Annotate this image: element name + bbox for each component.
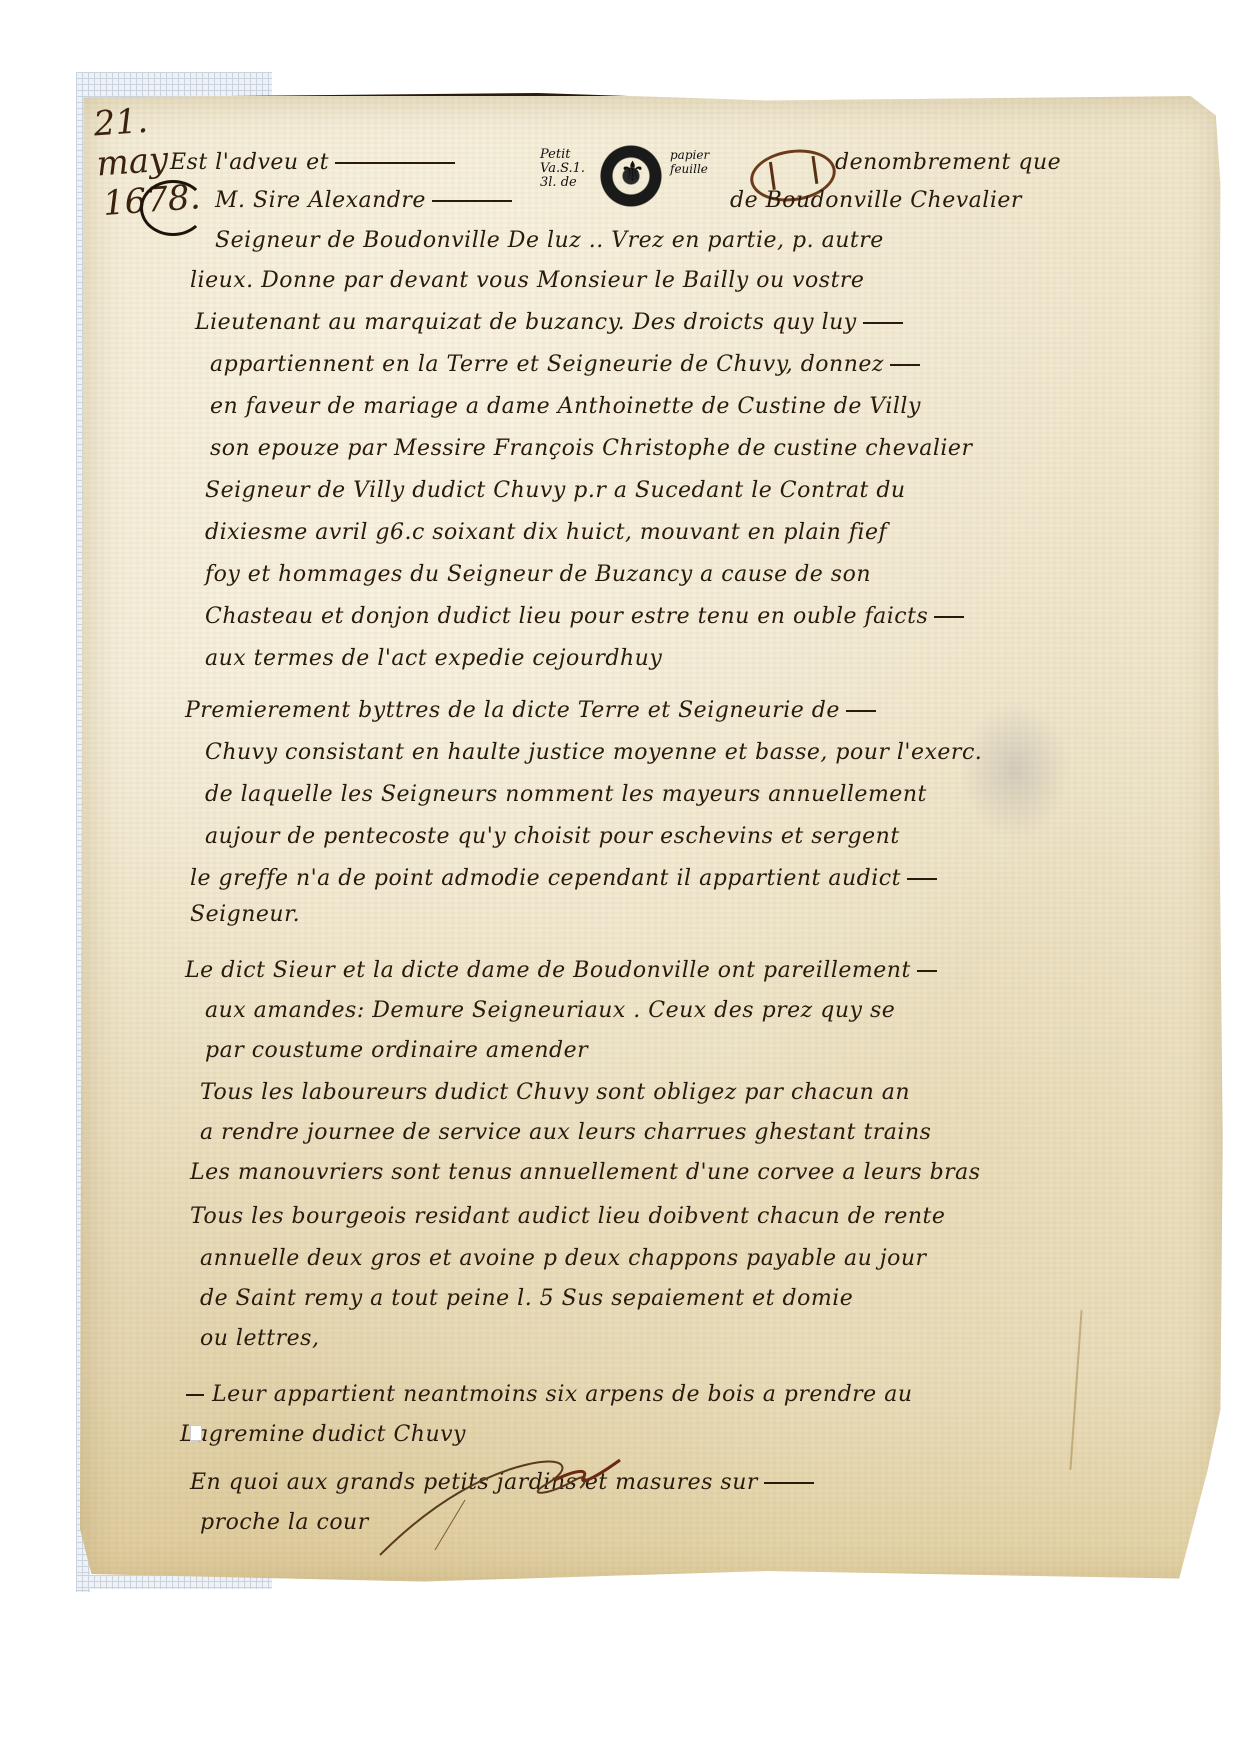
- line-text: denombrement que: [835, 150, 1061, 175]
- line-text: Seigneur.: [190, 902, 300, 927]
- line-filler: [890, 364, 920, 366]
- manuscript-line: aujour de pentecoste qu'y choisit pour e…: [205, 824, 900, 849]
- manuscript-line: Chasteau et donjon dudict lieu pour estr…: [205, 604, 964, 629]
- line-text: Lieutenant au marquizat de buzancy. Des …: [195, 310, 857, 335]
- stamp-left-line: 3l. de: [540, 176, 600, 190]
- manuscript-line-continuation: denombrement que: [835, 150, 1061, 175]
- line-text: a rendre journee de service aux leurs ch…: [200, 1120, 931, 1145]
- line-text: proche la cour: [200, 1510, 369, 1535]
- line-text: annuelle deux gros et avoine p deux chap…: [200, 1246, 927, 1271]
- manuscript-line: de laquelle les Seigneurs nomment les ma…: [205, 782, 927, 807]
- line-filler: [934, 616, 964, 618]
- manuscript-line: Le dict Sieur et la dicte dame de Boudon…: [185, 958, 937, 983]
- line-text: Seigneur de Boudonville De luz .. Vrez e…: [215, 228, 884, 253]
- manuscript-line: en faveur de mariage a dame Anthoinette …: [210, 394, 921, 419]
- signature-flourish-icon: [375, 1440, 635, 1560]
- line-text: Chasteau et donjon dudict lieu pour estr…: [205, 604, 928, 629]
- stamp-left-text: Petit Va.S.1. 3l. de: [540, 148, 600, 190]
- line-text: aux termes de l'act expedie cejourdhuy: [205, 646, 662, 671]
- stamp-right-line: papier: [670, 148, 720, 162]
- manuscript-line: son epouze par Messire François Christop…: [210, 436, 972, 461]
- manuscript-line: aux amandes: Demure Seigneuriaux . Ceux …: [205, 998, 895, 1023]
- line-text: aux amandes: Demure Seigneuriaux . Ceux …: [205, 998, 895, 1023]
- line-filler: [335, 162, 455, 164]
- manuscript-line: Est l'adveu et: [170, 150, 455, 175]
- manuscript-line: M. Sire Alexandre: [215, 188, 512, 213]
- line-text: foy et hommages du Seigneur de Buzancy a…: [205, 562, 871, 587]
- line-text: M. Sire Alexandre: [215, 188, 426, 213]
- manuscript-line: de Saint remy a tout peine l. 5 Sus sepa…: [200, 1286, 853, 1311]
- line-text: aujour de pentecoste qu'y choisit pour e…: [205, 824, 900, 849]
- line-text: le greffe n'a de point admodie cependant…: [190, 866, 901, 891]
- manuscript-line: aux termes de l'act expedie cejourdhuy: [205, 646, 662, 671]
- manuscript-line: lieux. Donne par devant vous Monsieur le…: [190, 268, 864, 293]
- paper-tear: [190, 1425, 202, 1441]
- manuscript-line: a rendre journee de service aux leurs ch…: [200, 1120, 931, 1145]
- line-text: par coustume ordinaire amender: [205, 1038, 588, 1063]
- margin-flourish-icon: [140, 180, 206, 236]
- line-filler: [432, 200, 512, 202]
- stamp-left-line: Va.S.1.: [540, 162, 600, 176]
- line-text: Chuvy consistant en haulte justice moyen…: [205, 740, 982, 765]
- line-text: Tous les laboureurs dudict Chuvy sont ob…: [200, 1080, 910, 1105]
- line-text: appartiennent en la Terre et Seigneurie …: [210, 352, 884, 377]
- manuscript-line: proche la cour: [200, 1510, 369, 1535]
- line-text: de Saint remy a tout peine l. 5 Sus sepa…: [200, 1286, 853, 1311]
- line-text: Est l'adveu et: [170, 150, 329, 175]
- manuscript-line-continuation: de Boudonville Chevalier: [730, 188, 1022, 213]
- line-filler: [863, 322, 903, 324]
- line-text: son epouze par Messire François Christop…: [210, 436, 972, 461]
- manuscript-line: annuelle deux gros et avoine p deux chap…: [200, 1246, 927, 1271]
- manuscript-line: Seigneur de Villy dudict Chuvy p.r a Suc…: [205, 478, 906, 503]
- stamp-right-text: papier feuille: [670, 148, 720, 176]
- tax-stamp: Petit Va.S.1. 3l. de ⚜ papier feuille: [540, 140, 720, 215]
- manuscript-line: foy et hommages du Seigneur de Buzancy a…: [205, 562, 871, 587]
- stamp-left-line: Petit: [540, 148, 600, 162]
- line-text: Le dict Sieur et la dicte dame de Boudon…: [185, 958, 911, 983]
- line-filler: [846, 710, 876, 712]
- manuscript-line: Seigneur.: [190, 902, 300, 927]
- manuscript-line: Seigneur de Boudonville De luz .. Vrez e…: [215, 228, 884, 253]
- manuscript-line: le greffe n'a de point admodie cependant…: [190, 866, 937, 891]
- line-text: Les manouvriers sont tenus annuellement …: [190, 1160, 981, 1185]
- stamp-right-line: feuille: [670, 162, 720, 176]
- line-text: Leur appartient neantmoins six arpens de…: [212, 1382, 912, 1407]
- line-text: Seigneur de Villy dudict Chuvy p.r a Suc…: [205, 478, 906, 503]
- line-text: Premierement byttres de la dicte Terre e…: [185, 698, 840, 723]
- line-text: de laquelle les Seigneurs nomment les ma…: [205, 782, 927, 807]
- manuscript-line: Lieutenant au marquizat de buzancy. Des …: [195, 310, 903, 335]
- water-stain: [960, 700, 1070, 840]
- line-text: lieux. Donne par devant vous Monsieur le…: [190, 268, 864, 293]
- manuscript-line: dixiesme avril g6.c soixant dix huict, m…: [205, 520, 887, 545]
- manuscript-line: Tous les laboureurs dudict Chuvy sont ob…: [200, 1080, 910, 1105]
- manuscript-line: Premierement byttres de la dicte Terre e…: [185, 698, 876, 723]
- line-filler: [917, 970, 937, 972]
- line-text: dixiesme avril g6.c soixant dix huict, m…: [205, 520, 887, 545]
- manuscript-line: Leur appartient neantmoins six arpens de…: [180, 1382, 912, 1407]
- line-text: en faveur de mariage a dame Anthoinette …: [210, 394, 921, 419]
- line-text: ou lettres,: [200, 1326, 319, 1351]
- line-filler: [907, 878, 937, 880]
- line-text: Tous les bourgeois residant audict lieu …: [190, 1204, 945, 1229]
- manuscript-line: Les manouvriers sont tenus annuellement …: [190, 1160, 981, 1185]
- manuscript-line: par coustume ordinaire amender: [205, 1038, 588, 1063]
- fleur-de-lis-icon: ⚜: [620, 158, 645, 186]
- manuscript-line: Chuvy consistant en haulte justice moyen…: [205, 740, 982, 765]
- manuscript-line: appartiennent en la Terre et Seigneurie …: [210, 352, 920, 377]
- manuscript-line: Tous les bourgeois residant audict lieu …: [190, 1204, 945, 1229]
- line-lead-dash: [186, 1394, 204, 1396]
- line-filler: [764, 1482, 814, 1484]
- manuscript-line: ou lettres,: [200, 1326, 319, 1351]
- line-text: de Boudonville Chevalier: [730, 188, 1022, 213]
